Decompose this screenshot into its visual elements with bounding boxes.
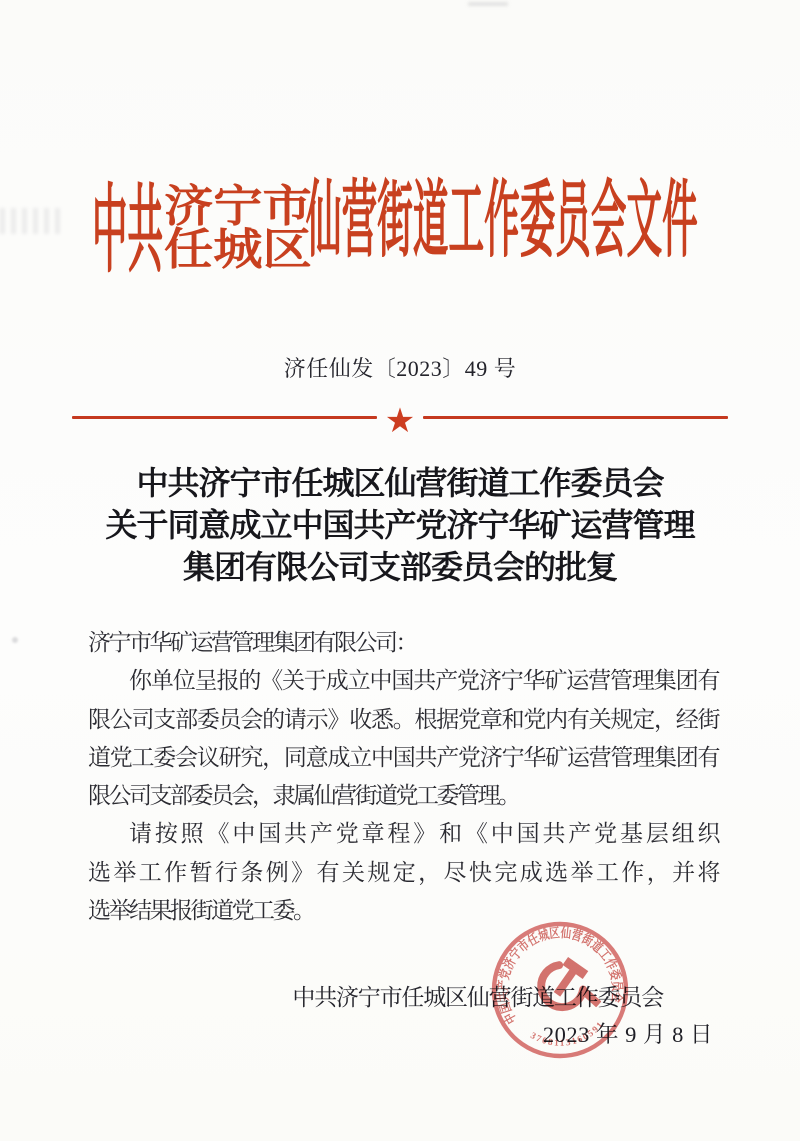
body-line: 你单位呈报的《关于成立中国共产党济宁华矿运营管理集团有	[88, 662, 718, 700]
letterhead-org-row2: 任城区	[164, 228, 312, 271]
document-title: 中共济宁市任城区仙营街道工作委员会 关于同意成立中国共产党济宁华矿运营管理 集团…	[0, 462, 800, 588]
scan-smudge	[12, 637, 18, 643]
letterhead-org-prefix: 中共	[92, 183, 163, 279]
document-body: 济宁市华矿运营管理集团有限公司： 你单位呈报的《关于成立中国共产党济宁华矿运营管…	[88, 624, 718, 930]
document-page: 中共 济宁市 任城区 仙营街道工作委员会文件 济任仙发〔2023〕49 号 ★ …	[0, 0, 800, 1141]
body-line: 选举工作暂行条例》有关规定，尽快完成选举工作，并将	[88, 854, 718, 892]
seal-serial: 3708113160591	[528, 1018, 609, 1054]
doc-number: 济任仙发〔2023〕49 号	[0, 352, 800, 383]
body-line: 限公司支部委员会，隶属仙营街道党工委管理。	[88, 777, 718, 815]
seal-ring-text: 中国共产党济宁市任城区仙营街道工作委员会	[484, 915, 630, 1028]
salutation-line: 济宁市华矿运营管理集团有限公司：	[88, 624, 718, 662]
seal-ring-text-holder: 中国共产党济宁市任城区仙营街道工作委员会	[484, 915, 630, 1028]
star-icon: ★	[385, 404, 415, 438]
scan-smudge	[0, 208, 62, 234]
letterhead-org-stack: 济宁市 任城区	[164, 185, 296, 271]
letterhead-org-row1: 济宁市	[164, 185, 312, 228]
title-line: 关于同意成立中国共产党济宁华矿运营管理	[0, 504, 800, 546]
title-line: 集团有限公司支部委员会的批复	[0, 546, 800, 588]
scan-smudge	[468, 2, 508, 6]
title-line: 中共济宁市任城区仙营街道工作委员会	[0, 462, 800, 504]
divider-line-left	[72, 416, 377, 419]
body-line: 请按照《中国共产党章程》和《中国共产党基层组织	[88, 815, 718, 853]
divider-line-right	[423, 416, 728, 419]
hammer-sickle-icon	[537, 953, 603, 1017]
official-seal: 中国共产党济宁市任城区仙营街道工作委员会 3708113160591	[458, 888, 662, 1092]
seal-serial-holder: 3708113160591	[528, 1018, 609, 1054]
body-line: 限公司支部委员会的请示》收悉。根据党章和党内有关规定，经街	[88, 701, 718, 739]
letterhead-main-text: 仙营街道工作委员会文件	[306, 180, 698, 264]
red-divider: ★	[72, 403, 728, 431]
body-line: 道党工委会议研究，同意成立中国共产党济宁华矿运营管理集团有	[88, 739, 718, 777]
